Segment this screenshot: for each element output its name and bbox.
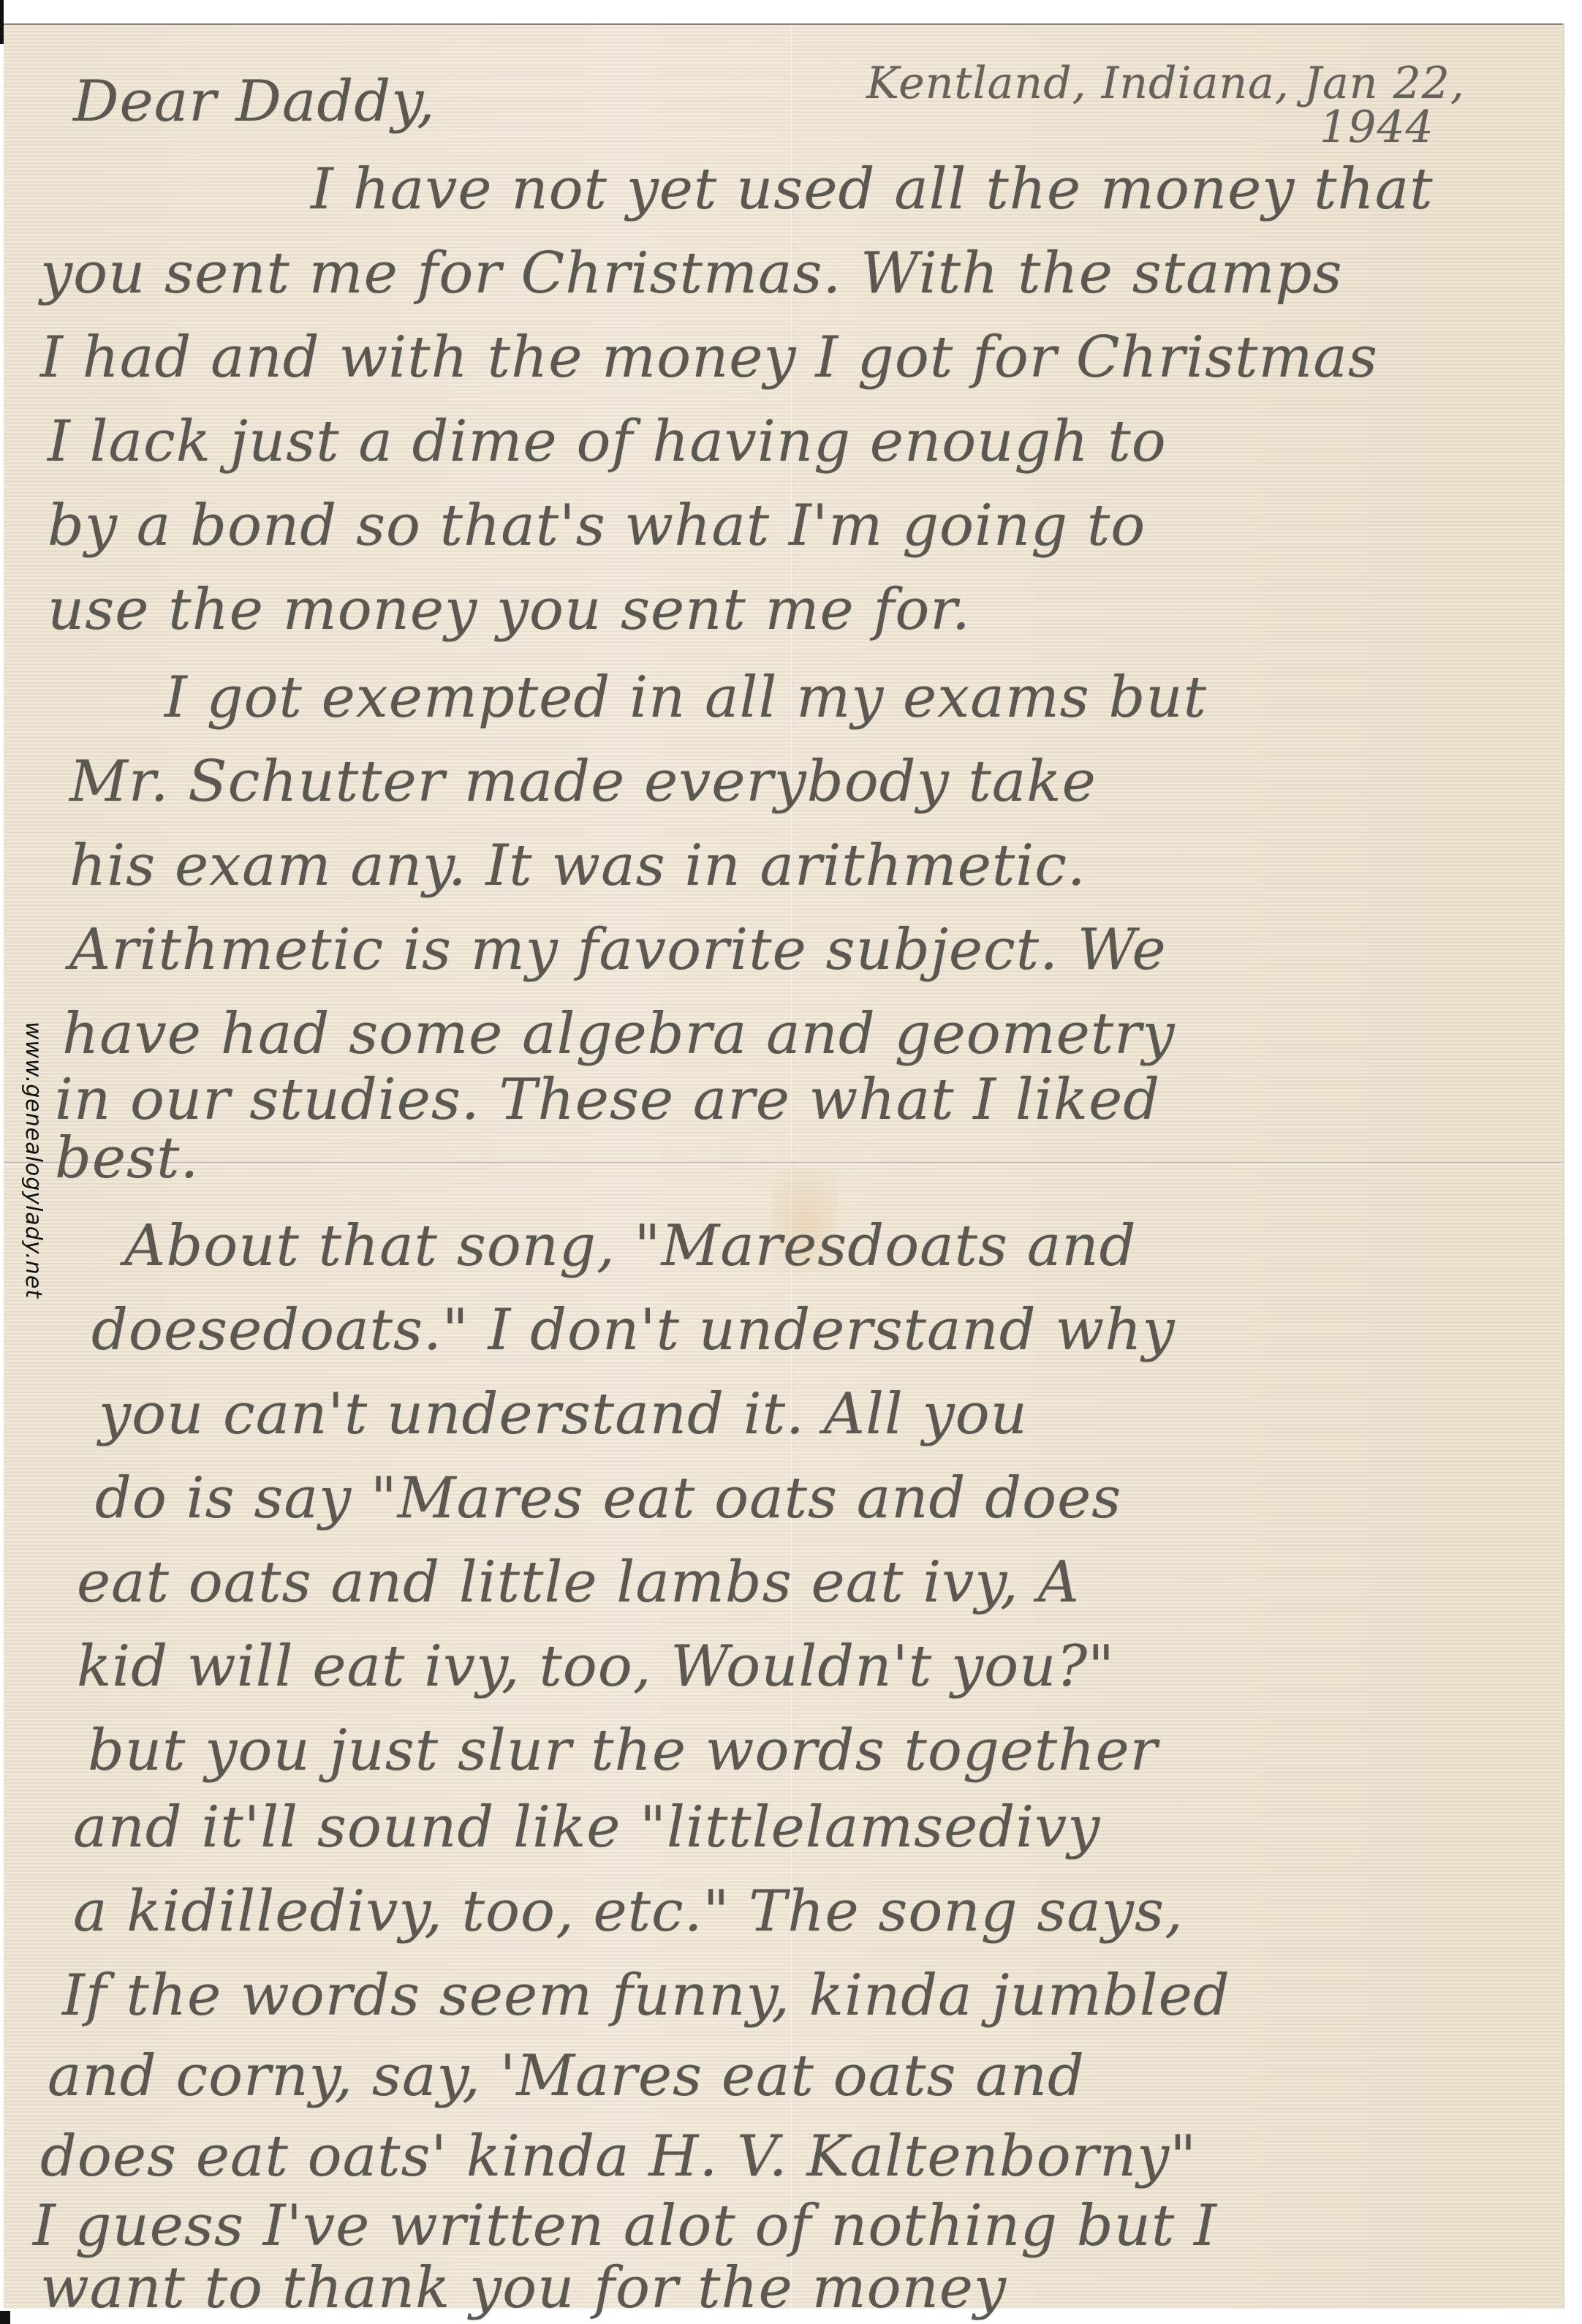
letter-line: want to thank you for the money [40,2255,1007,2321]
letter-line: have had some algebra and geometry [62,1001,1176,1067]
letter-line: a kidilledivy, too, etc." The song says, [73,1879,1184,1944]
letter-line: I have not yet used all the money that [311,156,1434,222]
letter-line: If the words seem funny, kinda jumbled [62,1963,1230,2029]
letter-line: and it'll sound like "littlelamsedivy [73,1795,1100,1860]
letter-line: Mr. Schutter made everybody take [69,749,1097,815]
letter-line: eat oats and little lambs eat ivy, A [77,1550,1080,1615]
letter-line: do is say "Mares eat oats and does [95,1465,1121,1531]
letter-line: in our studies. These are what I liked [55,1067,1160,1133]
letter-line: his exam any. It was in arithmetic. [69,833,1086,899]
letter-line: I guess I've written alot of nothing but… [33,2193,1217,2259]
letter-line: kid will eat ivy, too, Wouldn't you?" [77,1634,1115,1699]
letter-line: doesedoats." I don't understand why [91,1297,1176,1363]
letter-line: and corny, say, 'Mares eat oats and [48,2043,1085,2109]
letter-line: I had and with the money I got for Chris… [40,325,1378,391]
letter-line: you sent me for Christmas. With the stam… [40,241,1343,306]
letter-line: you can't understand it. All you [99,1381,1028,1447]
letter-line: use the money you sent me for. [48,577,971,643]
letter-line: best. [55,1125,199,1191]
letter-line: but you just slur the words together [88,1718,1158,1784]
letter-page: www.genealogylady.net Kentland, Indiana,… [4,23,1563,2309]
letter-line: I lack just a dime of having enough to [48,409,1167,475]
letter-line: I got exempted in all my exams but [164,665,1207,731]
letter-line: does eat oats' kinda H. V. Kaltenborny" [40,2124,1197,2189]
watermark: www.genealogylady.net [20,1022,46,1256]
horizontal-fold-crease [4,1162,1563,1166]
letter-line: Arithmetic is my favorite subject. We [69,917,1167,983]
salutation: Dear Daddy, [73,69,436,135]
scan-edge-bottom [0,2311,10,2324]
letter-line: About that song, "Maresdoats and [124,1213,1137,1279]
letter-line: by a bond so that's what I'm going to [48,493,1146,559]
year: 1944 [1320,102,1434,153]
